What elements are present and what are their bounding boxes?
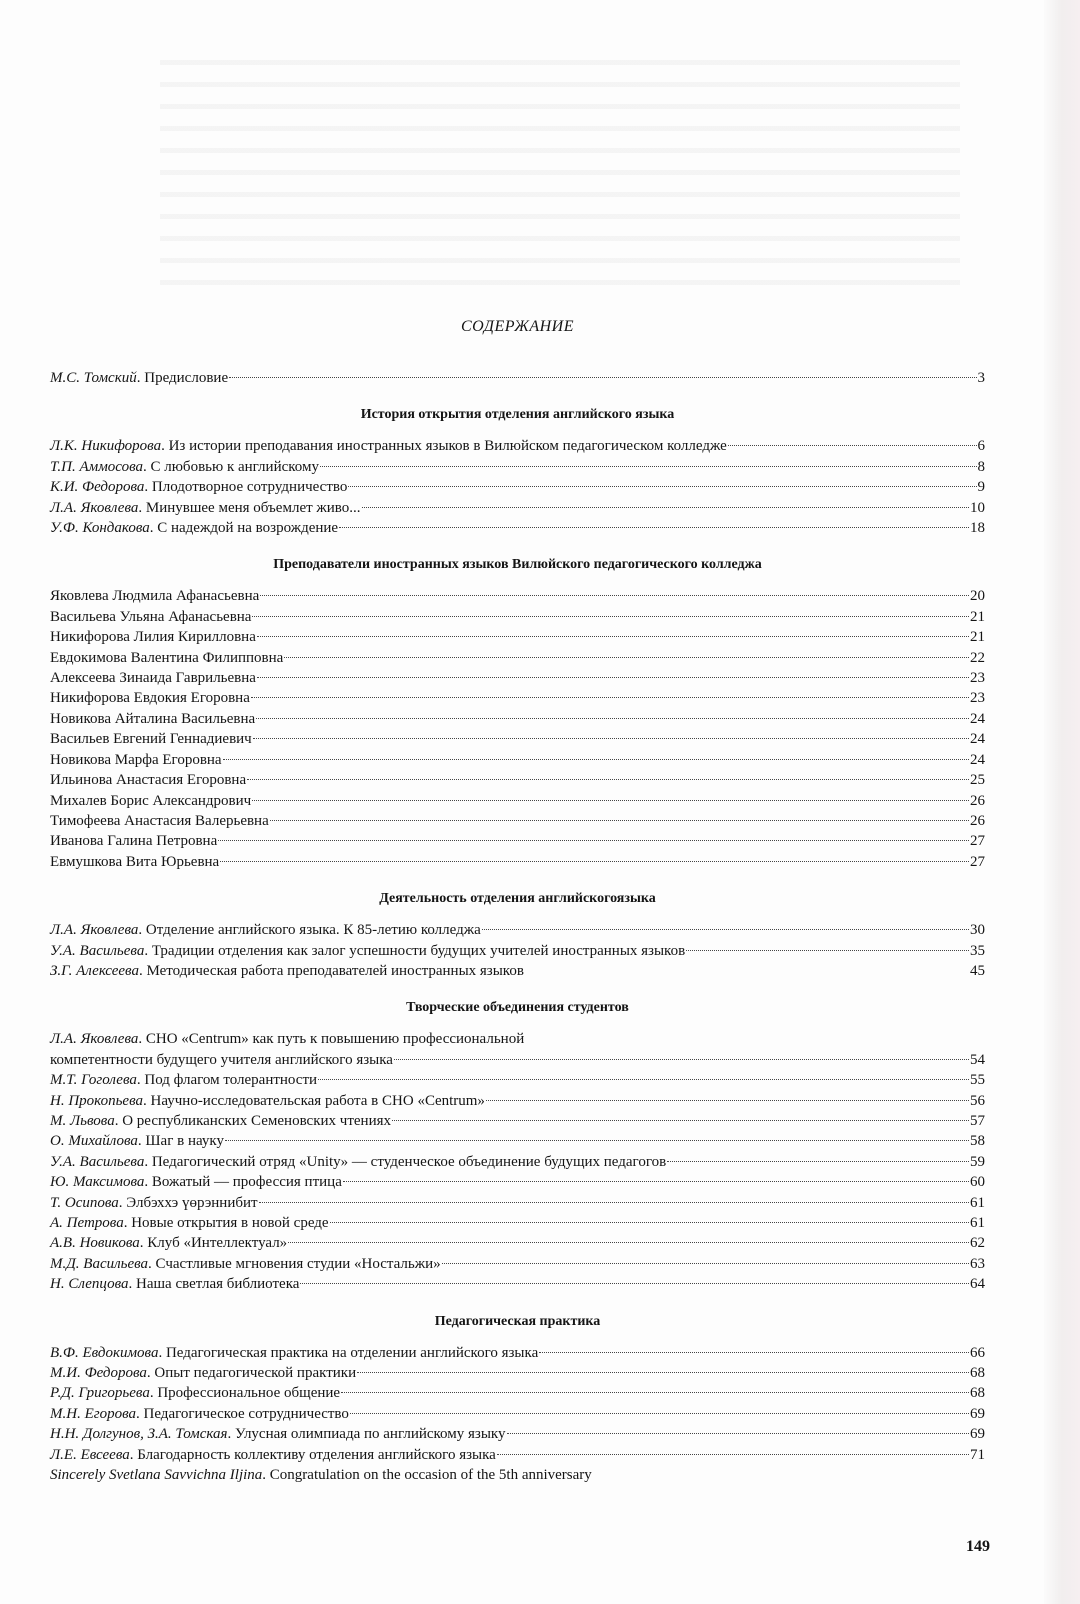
entry-page: 58 bbox=[970, 1131, 985, 1151]
dot-leader bbox=[318, 1079, 969, 1080]
dot-leader bbox=[348, 486, 976, 487]
entry-title: Отделение английского языка. К 85-летию … bbox=[146, 922, 481, 938]
entry-title: Вожатый — профессия птица bbox=[152, 1174, 342, 1190]
toc-entry: компетентности будущего учителя английск… bbox=[50, 1050, 985, 1070]
entry-title: Иванова Галина Петровна bbox=[50, 833, 217, 849]
entry-page: 21 bbox=[970, 627, 985, 647]
entry-page: 23 bbox=[970, 668, 985, 688]
entry-page: 21 bbox=[970, 607, 985, 627]
entry-title: Новые открытия в новой среде bbox=[131, 1215, 328, 1231]
toc-entry: Т.П. Аммосова. С любовью к английскому8 bbox=[50, 457, 985, 477]
entry-title: Новикова Марфа Егоровна bbox=[50, 752, 222, 768]
dot-leader bbox=[220, 861, 969, 862]
dot-leader bbox=[260, 595, 969, 596]
toc-entry: М.Н. Егорова. Педагогическое сотрудничес… bbox=[50, 1404, 985, 1424]
entry-title: Из истории преподавания иностранных язык… bbox=[169, 438, 727, 454]
entry-author: М.Н. Егорова bbox=[50, 1406, 136, 1422]
toc-entry: Михалев Борис Александрович26 bbox=[50, 791, 985, 811]
toc-entry: Л.А. Яковлева. Минувшее меня объемлет жи… bbox=[50, 498, 985, 518]
toc-entry: Тимофеева Анастасия Валерьевна26 bbox=[50, 811, 985, 831]
dot-leader bbox=[343, 1181, 969, 1182]
section-heading: История открытия отделения английского я… bbox=[50, 407, 985, 423]
entry-title-continuation: компетентности будущего учителя английск… bbox=[50, 1052, 393, 1068]
toc-entry: Sincerely Svetlana Savvichna Iljina. Con… bbox=[50, 1465, 985, 1485]
entry-author: Л.А. Яковлева bbox=[50, 1031, 138, 1047]
entry-title: Васильева Ульяна Афанасьевна bbox=[50, 609, 251, 625]
dot-leader bbox=[257, 677, 969, 678]
entry-author: Т. Осипова bbox=[50, 1195, 119, 1211]
entry-page: 18 bbox=[970, 518, 985, 538]
entry-title: Васильев Евгений Геннадиевич bbox=[50, 731, 252, 747]
entry-page: 57 bbox=[970, 1111, 985, 1131]
entry-title: Евмушкова Вита Юрьевна bbox=[50, 854, 219, 870]
dot-leader bbox=[252, 800, 969, 801]
dot-leader bbox=[497, 1454, 969, 1455]
toc-entry: Ю. Максимова. Вожатый — профессия птица6… bbox=[50, 1172, 985, 1192]
entry-page: 9 bbox=[978, 477, 986, 497]
dot-leader bbox=[728, 445, 977, 446]
toc-entry: Новикова Марфа Егоровна24 bbox=[50, 750, 985, 770]
entry-author: Н. Прокопьева bbox=[50, 1093, 143, 1109]
dot-leader bbox=[442, 1263, 969, 1264]
entry-page: 27 bbox=[970, 852, 985, 872]
entry-title: Профессиональное общение bbox=[157, 1385, 340, 1401]
dot-leader bbox=[482, 929, 969, 930]
entry-title: Улусная олимпиада по английскому языку bbox=[235, 1426, 505, 1442]
entry-page: 63 bbox=[970, 1254, 985, 1274]
dot-leader bbox=[284, 657, 969, 658]
toc-entry: У.А. Васильева. Педагогический отряд «Un… bbox=[50, 1152, 985, 1172]
section-heading: Педагогическая практика bbox=[50, 1314, 985, 1330]
entry-author: Ю. Максимова bbox=[50, 1174, 144, 1190]
dot-leader bbox=[288, 1242, 969, 1243]
dot-leader bbox=[252, 616, 969, 617]
entry-page: 45 bbox=[970, 961, 985, 981]
entry-author: А.В. Новикова bbox=[50, 1235, 140, 1251]
dot-leader bbox=[256, 718, 969, 719]
entry-title: Никифорова Евдокия Егоровна bbox=[50, 690, 250, 706]
entry-title: Предисловие bbox=[144, 370, 228, 386]
entry-page: 10 bbox=[970, 498, 985, 518]
dot-leader bbox=[320, 466, 977, 467]
toc-entry: Никифорова Евдокия Егоровна23 bbox=[50, 688, 985, 708]
entry-author: У.А. Васильева bbox=[50, 1154, 144, 1170]
entry-title: Наша светлая библиотека bbox=[136, 1276, 299, 1292]
entry-title: Шаг в науку bbox=[145, 1133, 224, 1149]
entry-page: 71 bbox=[970, 1445, 985, 1465]
dot-leader bbox=[300, 1283, 969, 1284]
toc-entry: М. Львова. О республиканских Семеновских… bbox=[50, 1111, 985, 1131]
page-number: 149 bbox=[966, 1538, 990, 1556]
toc-sections: История открытия отделения английского я… bbox=[50, 407, 985, 1485]
toc-entry-preface: М.С. Томский. Предисловие 3 bbox=[50, 368, 985, 388]
entry-title: Традиции отделения как залог успешности … bbox=[152, 943, 685, 959]
dot-leader bbox=[350, 1413, 969, 1414]
dot-leader bbox=[229, 377, 976, 378]
entry-title: С надеждой на возрождение bbox=[157, 520, 338, 536]
entry-author: Л.К. Никифорова bbox=[50, 438, 161, 454]
entry-page: 35 bbox=[970, 941, 985, 961]
dot-leader bbox=[686, 950, 969, 951]
dot-leader bbox=[667, 1161, 969, 1162]
toc-entry: В.Ф. Евдокимова. Педагогическая практика… bbox=[50, 1343, 985, 1363]
toc-entry: Л.А. Яковлева. Отделение английского язы… bbox=[50, 920, 985, 940]
entry-author: Л.А. Яковлева bbox=[50, 922, 138, 938]
section-heading: Преподаватели иностранных языков Вилюйск… bbox=[50, 557, 985, 573]
entry-page: 6 bbox=[978, 436, 986, 456]
entry-author: М.С. Томский bbox=[50, 370, 137, 386]
entry-author: М.Т. Гоголева bbox=[50, 1072, 137, 1088]
toc-entry: Н. Прокопьева. Научно-исследовательская … bbox=[50, 1091, 985, 1111]
toc-entry: Л.Е. Евсеева. Благодарность коллективу о… bbox=[50, 1445, 985, 1465]
toc-entry: К.И. Федорова. Плодотворное сотрудничест… bbox=[50, 477, 985, 497]
entry-page: 68 bbox=[970, 1383, 985, 1403]
toc-entry: А. Петрова. Новые открытия в новой среде… bbox=[50, 1213, 985, 1233]
toc-entry: Ильинова Анастасия Егоровна25 bbox=[50, 770, 985, 790]
dot-leader bbox=[223, 759, 969, 760]
dot-leader bbox=[257, 636, 969, 637]
entry-page: 24 bbox=[970, 750, 985, 770]
entry-author: М.И. Федорова bbox=[50, 1365, 147, 1381]
dot-leader bbox=[330, 1222, 969, 1223]
entry-title: Михалев Борис Александрович bbox=[50, 793, 251, 809]
entry-title: Congratulation on the occasion of the 5t… bbox=[270, 1467, 592, 1483]
toc-entry: Никифорова Лилия Кирилловна21 bbox=[50, 627, 985, 647]
toc-entry: У.Ф. Кондакова. С надеждой на возрождени… bbox=[50, 518, 985, 538]
toc-entry: У.А. Васильева. Традиции отделения как з… bbox=[50, 941, 985, 961]
entry-author: Р.Д. Григорьева bbox=[50, 1385, 150, 1401]
entry-author: Sincerely Svetlana Savvichna Iljina bbox=[50, 1467, 262, 1483]
toc-entry: Яковлева Людмила Афанасьевна20 bbox=[50, 586, 985, 606]
dot-leader bbox=[225, 1140, 969, 1141]
entry-author: Н.Н. Долгунов, З.А. Томская bbox=[50, 1426, 228, 1442]
dot-leader bbox=[392, 1120, 969, 1121]
entry-page: 26 bbox=[970, 791, 985, 811]
entry-title: Педагогический отряд «Unity» — студенчес… bbox=[152, 1154, 666, 1170]
entry-page: 25 bbox=[970, 770, 985, 790]
dot-leader bbox=[247, 779, 969, 780]
toc-entry: Р.Д. Григорьева. Профессиональное общени… bbox=[50, 1383, 985, 1403]
entry-page: 22 bbox=[970, 648, 985, 668]
dot-leader bbox=[218, 840, 969, 841]
toc-entry: Евмушкова Вита Юрьевна27 bbox=[50, 852, 985, 872]
entry-author: В.Ф. Евдокимова bbox=[50, 1345, 158, 1361]
toc-entry: Н. Слепцова. Наша светлая библиотека64 bbox=[50, 1274, 985, 1294]
entry-title: Никифорова Лилия Кирилловна bbox=[50, 629, 256, 645]
toc-entry: М.И. Федорова. Опыт педагогической практ… bbox=[50, 1363, 985, 1383]
toc-entry: З.Г. Алексеева. Методическая работа преп… bbox=[50, 961, 985, 981]
entry-page: 24 bbox=[970, 729, 985, 749]
entry-author: У.А. Васильева bbox=[50, 943, 144, 959]
entry-title: Яковлева Людмила Афанасьевна bbox=[50, 588, 259, 604]
dot-leader bbox=[539, 1352, 969, 1353]
entry-title: Элбэххэ үөрэннибит bbox=[126, 1195, 257, 1211]
entry-page: 61 bbox=[970, 1193, 985, 1213]
entry-author: Л.А. Яковлева bbox=[50, 500, 138, 516]
entry-author: З.Г. Алексеева bbox=[50, 963, 139, 979]
entry-author: М. Львова bbox=[50, 1113, 115, 1129]
entry-title: Методическая работа преподавателей иност… bbox=[146, 963, 523, 979]
entry-title: Новикова Айталина Васильевна bbox=[50, 711, 255, 727]
entry-page: 59 bbox=[970, 1152, 985, 1172]
entry-page: 54 bbox=[970, 1050, 985, 1070]
dot-leader bbox=[486, 1100, 969, 1101]
section-heading: Деятельность отделения английскогоязыка bbox=[50, 891, 985, 907]
entry-page: 69 bbox=[970, 1424, 985, 1444]
toc-entry: Л.К. Никифорова. Из истории преподавания… bbox=[50, 436, 985, 456]
dot-leader bbox=[507, 1433, 970, 1434]
toc-entry: Васильева Ульяна Афанасьевна21 bbox=[50, 607, 985, 627]
entry-title: Под флагом толерантности bbox=[144, 1072, 317, 1088]
toc-entry-first-line: Л.А. Яковлева. СНО «Centrum» как путь к … bbox=[50, 1029, 985, 1049]
entry-page: 24 bbox=[970, 709, 985, 729]
entry-author: М.Д. Васильева bbox=[50, 1256, 148, 1272]
entry-author: А. Петрова bbox=[50, 1215, 124, 1231]
entry-title: Педагогическое сотрудничество bbox=[144, 1406, 349, 1422]
entry-title: Опыт педагогической практики bbox=[154, 1365, 356, 1381]
entry-page: 66 bbox=[970, 1343, 985, 1363]
entry-page: 68 bbox=[970, 1363, 985, 1383]
dot-leader bbox=[259, 1202, 969, 1203]
dot-leader bbox=[394, 1059, 969, 1060]
entry-author: Л.Е. Евсеева bbox=[50, 1447, 130, 1463]
entry-title: Научно-исследовательская работа в СНО «C… bbox=[151, 1093, 485, 1109]
toc-entry: О. Михайлова. Шаг в науку58 bbox=[50, 1131, 985, 1151]
entry-title: Минувшее меня объемлет живо... bbox=[146, 500, 361, 516]
entry-title: Евдокимова Валентина Филипповна bbox=[50, 650, 283, 666]
dot-leader bbox=[339, 527, 969, 528]
dot-leader bbox=[362, 507, 969, 508]
toc-title: СОДЕРЖАНИЕ bbox=[50, 318, 985, 336]
entry-author: У.Ф. Кондакова bbox=[50, 520, 150, 536]
toc-entry: Алексеева Зинаида Гаврильевна23 bbox=[50, 668, 985, 688]
entry-page: 61 bbox=[970, 1213, 985, 1233]
entry-page: 60 bbox=[970, 1172, 985, 1192]
entry-title: Ильинова Анастасия Егоровна bbox=[50, 772, 246, 788]
entry-page: 30 bbox=[970, 920, 985, 940]
entry-author: Н. Слепцова bbox=[50, 1276, 129, 1292]
entry-page: 20 bbox=[970, 586, 985, 606]
entry-page: 69 bbox=[970, 1404, 985, 1424]
entry-title: О республиканских Семеновских чтениях bbox=[122, 1113, 391, 1129]
toc-entry: М.Т. Гоголева. Под флагом толерантности5… bbox=[50, 1070, 985, 1090]
dot-leader bbox=[253, 738, 969, 739]
entry-page: 26 bbox=[970, 811, 985, 831]
table-of-contents: СОДЕРЖАНИЕ М.С. Томский. Предисловие 3 И… bbox=[50, 318, 985, 1485]
entry-title: Клуб «Интеллектуал» bbox=[147, 1235, 287, 1251]
entry-page: 64 bbox=[970, 1274, 985, 1294]
toc-entry: Н.Н. Долгунов, З.А. Томская. Улусная оли… bbox=[50, 1424, 985, 1444]
toc-entry: М.Д. Васильева. Счастливые мгновения сту… bbox=[50, 1254, 985, 1274]
toc-entry: Евдокимова Валентина Филипповна22 bbox=[50, 648, 985, 668]
entry-title: СНО «Centrum» как путь к повышению профе… bbox=[146, 1031, 524, 1047]
bleed-through-text bbox=[160, 60, 960, 300]
entry-title: Благодарность коллективу отделения англи… bbox=[137, 1447, 496, 1463]
entry-title: Педагогическая практика на отделении анг… bbox=[166, 1345, 538, 1361]
dot-leader bbox=[341, 1392, 969, 1393]
entry-page: 23 bbox=[970, 688, 985, 708]
entry-title: Алексеева Зинаида Гаврильевна bbox=[50, 670, 256, 686]
entry-title: Счастливые мгновения студии «Ностальжи» bbox=[156, 1256, 441, 1272]
toc-entry: Иванова Галина Петровна27 bbox=[50, 831, 985, 851]
entry-author: К.И. Федорова bbox=[50, 479, 144, 495]
toc-entry: Т. Осипова. Элбэххэ үөрэннибит61 bbox=[50, 1193, 985, 1213]
entry-page: 8 bbox=[978, 457, 986, 477]
page-edge-shadow bbox=[1044, 0, 1080, 1604]
entry-page: 62 bbox=[970, 1233, 985, 1253]
dot-leader bbox=[270, 820, 969, 821]
dot-leader bbox=[251, 697, 969, 698]
entry-page: 56 bbox=[970, 1091, 985, 1111]
toc-entry: А.В. Новикова. Клуб «Интеллектуал»62 bbox=[50, 1233, 985, 1253]
toc-entry: Новикова Айталина Васильевна24 bbox=[50, 709, 985, 729]
entry-page: 3 bbox=[978, 368, 986, 388]
entry-author: Т.П. Аммосова bbox=[50, 459, 143, 475]
dot-leader bbox=[357, 1372, 969, 1373]
entry-page: 27 bbox=[970, 831, 985, 851]
entry-title: Плодотворное сотрудничество bbox=[152, 479, 347, 495]
toc-entry: Васильев Евгений Геннадиевич24 bbox=[50, 729, 985, 749]
entry-author: О. Михайлова bbox=[50, 1133, 138, 1149]
section-heading: Творческие объединения студентов bbox=[50, 1000, 985, 1016]
entry-page: 55 bbox=[970, 1070, 985, 1090]
entry-title: Тимофеева Анастасия Валерьевна bbox=[50, 813, 269, 829]
entry-title: С любовью к английскому bbox=[150, 459, 319, 475]
